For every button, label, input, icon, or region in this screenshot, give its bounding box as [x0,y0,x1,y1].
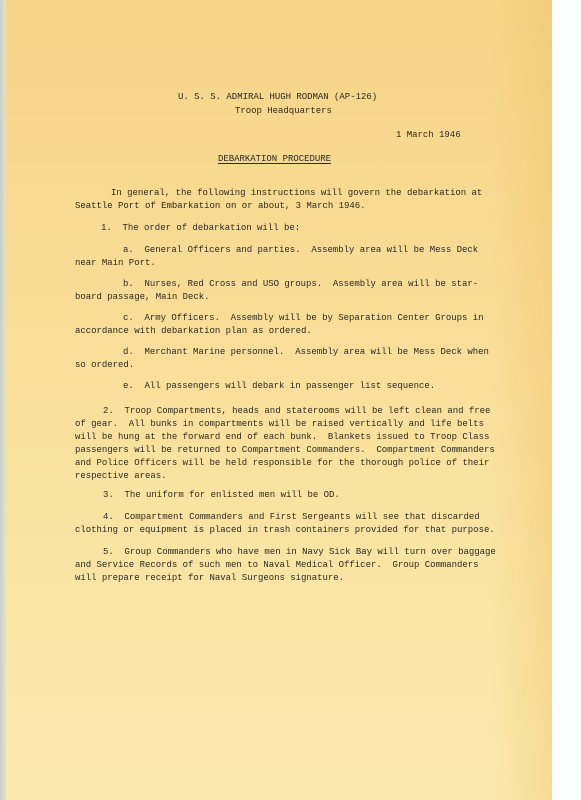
item-1b-line-1: b. Nurses, Red Cross and USO groups. Ass… [123,278,478,291]
item-1a-line-1: a. General Officers and parties. Assembl… [123,244,478,257]
item-2-line-3: will be hung at the forward end of each … [75,431,489,444]
item-2-line-6: respective areas. [75,470,166,483]
item-2-line-1: 2. Troop Compartments, heads and statero… [103,405,490,418]
item-4-line-2: clothing or equipment is placed in trash… [75,524,495,537]
intro-line-2: Seattle Port of Embarkation on or about,… [75,200,366,213]
ship-name: U. S. S. ADMIRAL HUGH RODMAN (AP-126) [178,91,377,104]
page-margin [552,0,581,800]
item-5-line-2: and Service Records of such men to Naval… [75,559,479,572]
unit-name: Troop Headquarters [235,105,332,118]
item-2-line-4: passengers will be returned to Compartme… [75,444,495,457]
item-1d-line-1: d. Merchant Marine personnel. Assembly a… [123,346,489,359]
item-3: 3. The uniform for enlisted men will be … [103,489,340,502]
item-1a-line-2: near Main Port. [75,257,156,270]
item-2-line-2: of gear. All bunks in compartments will … [75,418,484,431]
item-1b-line-2: board passage, Main Deck. [75,291,210,304]
document-page [6,0,552,800]
item-4-line-1: 4. Compartment Commanders and First Serg… [103,511,480,524]
item-1e: e. All passengers will debark in passeng… [123,380,435,393]
intro-line-1: In general, the following instructions w… [111,187,482,200]
item-5-line-1: 5. Group Commanders who have men in Navy… [103,546,496,559]
item-1d-line-2: so ordered. [75,359,134,372]
item-1c-line-2: accordance with debarkation plan as orde… [75,325,312,338]
document-title: DEBARKATION PROCEDURE [218,153,331,166]
item-1c-line-1: c. Army Officers. Assembly will be by Se… [123,312,484,325]
item-2-line-5: and Police Officers will be held respons… [75,457,489,470]
document-date: 1 March 1946 [396,129,461,142]
item-1: 1. The order of debarkation will be: [101,222,300,235]
item-5-line-3: will prepare receipt for Naval Surgeons … [75,572,344,585]
